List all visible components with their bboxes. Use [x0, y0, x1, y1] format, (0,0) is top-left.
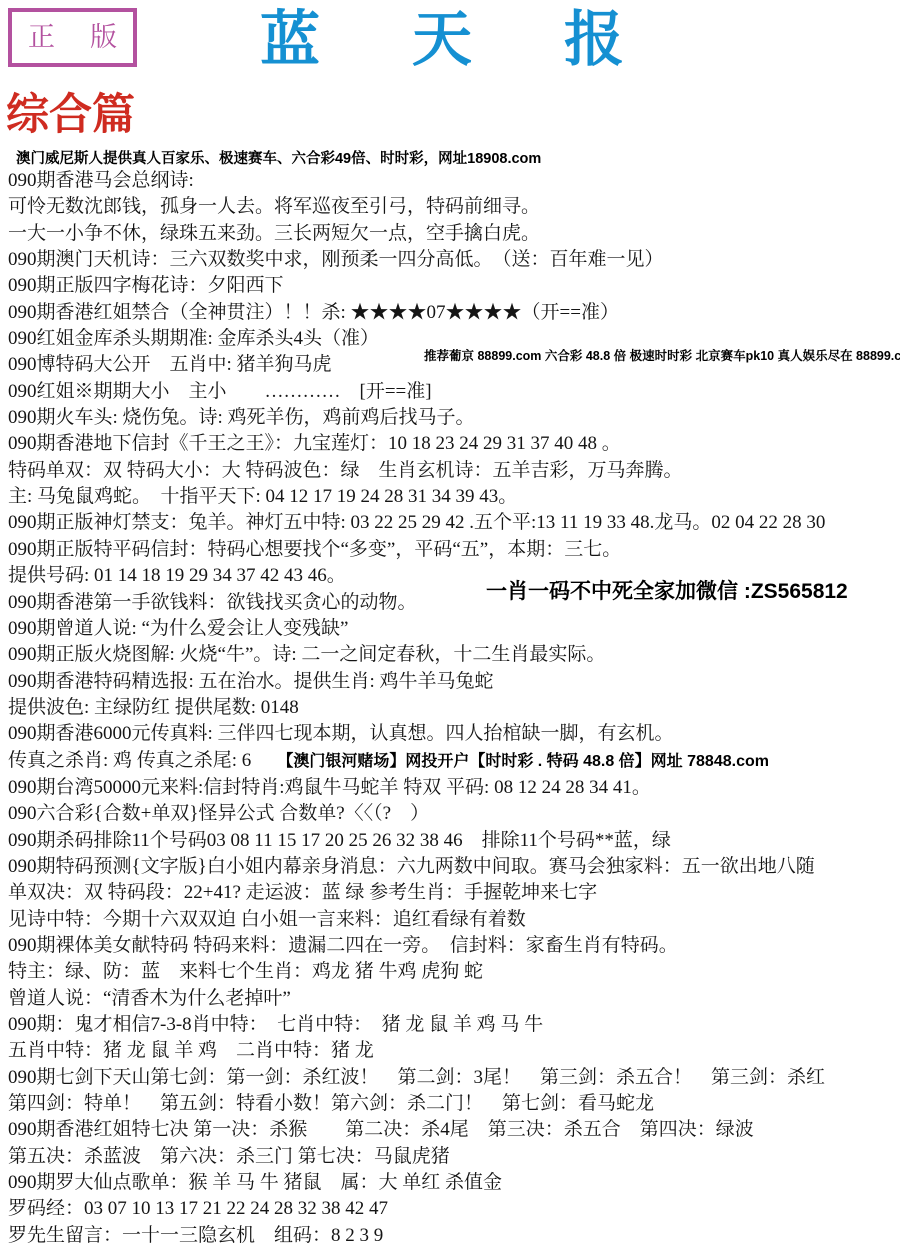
text-line: 提供波色: 主绿防红 提供尾数: 0148 — [8, 695, 900, 721]
line-text: 特主：绿、防：蓝 来料七个生肖：鸡龙 猪 牛鸡 虎狗 蛇 — [8, 961, 483, 982]
text-line: 第四剑：特单！ 第五剑：特看小数！第六剑：杀二门！ 第七剑：看马蛇龙 — [8, 1091, 900, 1117]
text-line: 090红姐※期期大小 主小 ………… [开==准] — [8, 379, 900, 405]
text-line: 090期特码预测{文字版}白小姐内幕亲身消息：六九两数中间取。赛马会独家料：五一… — [8, 854, 900, 880]
content-lines: 090期香港马会总纲诗:可怜无数沈郎钱，孤身一人去。将军巡夜至引弓，特码前细寻。… — [8, 168, 900, 1243]
line-text: 090期澳门天机诗：三六双数奖中求，刚预柔一四分高低。 （送：百年难一见） — [8, 249, 664, 270]
line-text: 第四剑：特单！ 第五剑：特看小数！第六剑：杀二门！ 第七剑：看马蛇龙 — [8, 1093, 654, 1114]
text-line: 曾道人说：“清香木为什么老掉叶” — [8, 986, 900, 1012]
line-text: 曾道人说：“清香木为什么老掉叶” — [8, 988, 291, 1009]
line-text: 090期正版特平码信封：特码心想要找个“多变”，平码“五”，本期：三七。 — [8, 539, 621, 560]
line-text: 090博特码大公开 五肖中: 猪羊狗马虎 — [8, 354, 332, 375]
line-text: 090期台湾50000元来料:信封特肖:鸡鼠牛马蛇羊 特双 平码: 08 12 … — [8, 777, 651, 798]
line-text: 090期曾道人说: “为什么爱会让人变残缺” — [8, 618, 348, 639]
text-line: 特码单双：双 特码大小：大 特码波色：绿 生肖玄机诗：五羊吉彩，万马奔腾。 — [8, 458, 900, 484]
text-line: 罗码经：03 07 10 13 17 21 22 24 28 32 38 42 … — [8, 1196, 900, 1222]
line-text: 090六合彩{合数+单双}怪异公式 合数单?〈〈（? ） — [8, 803, 429, 824]
text-line: 090六合彩{合数+单双}怪异公式 合数单?〈〈（? ） — [8, 801, 900, 827]
line-text: 传真之杀肖: 鸡 传真之杀尾: 6 — [8, 750, 251, 771]
lantianbao-page: 正 版 蓝 天 报 综合篇 澳门威尼斯人提供真人百家乐、极速赛车、六合彩49倍、… — [0, 0, 900, 1243]
line-text: 090红姐※期期大小 主小 ………… [开==准] — [8, 381, 432, 402]
text-line: 090期香港6000元传真料: 三伴四七现本期，认真想。四人抬棺缺一脚，有玄机。 — [8, 721, 900, 747]
line-text: 090期特码预测{文字版}白小姐内幕亲身消息：六九两数中间取。赛马会独家料：五一… — [8, 856, 815, 877]
line-text: 提供号码: 01 14 18 19 29 34 37 42 43 46。 — [8, 565, 346, 586]
text-line: 传真之杀肖: 鸡 传真之杀尾: 6【澳门银河赌场】网投开户【时时彩 . 特码 4… — [8, 748, 900, 775]
text-line: 主: 马兔鼠鸡蛇。 十指平天下: 04 12 17 19 24 28 31 34… — [8, 484, 900, 510]
text-line: 090期正版四字梅花诗：夕阳西下 — [8, 273, 900, 299]
text-line: 第五决：杀蓝波 第六决：杀三门 第七决：马鼠虎猪 — [8, 1144, 900, 1170]
text-line: 090期澳门天机诗：三六双数奖中求，刚预柔一四分高低。 （送：百年难一见） — [8, 247, 900, 273]
line-text: 090期火车头: 烧伤兔。诗: 鸡死羊伤，鸡前鸡后找马子。 — [8, 407, 475, 428]
line-text: 090期香港第一手欲钱料：欲钱找买贪心的动物。 — [8, 592, 417, 613]
text-line: 090期七剑下天山第七剑：第一剑：杀红波！ 第二剑：3尾！ 第三剑：杀五合！ 第… — [8, 1065, 900, 1091]
line-text: 090期香港地下信封《千王之王》：九宝莲灯：10 18 23 24 29 31 … — [8, 433, 621, 454]
line-text: 可怜无数沈郎钱，孤身一人去。将军巡夜至引弓，特码前细寻。 — [8, 196, 540, 217]
line-text: 090期香港红姐特七决 第一决：杀猴 第二决：杀4尾 第三决：杀五合 第四决：绿… — [8, 1119, 754, 1140]
line-text: 一大一小争不休，绿珠五来劲。三长两短欠一点，空手擒白虎。 — [8, 223, 540, 244]
text-line: 090期：鬼才相信7-3-8肖中特： 七肖中特： 猪 龙 鼠 羊 鸡 马 牛 — [8, 1012, 900, 1038]
line-text: 090期香港特码精选报: 五在治水。提供生肖: 鸡牛羊马兔蛇 — [8, 671, 494, 692]
text-line: 090期香港特码精选报: 五在治水。提供生肖: 鸡牛羊马兔蛇 — [8, 669, 900, 695]
text-line: 090期罗大仙点歌单：猴 羊 马 牛 猪鼠 属：大 单红 杀值金 — [8, 1170, 900, 1196]
text-line: 090期裸体美女献特码 特码来料：遗漏二四在一旁。 信封料：家畜生肖有特码。 — [8, 933, 900, 959]
text-line: 090期香港马会总纲诗: — [8, 168, 900, 194]
line-text: 090期罗大仙点歌单：猴 羊 马 牛 猪鼠 属：大 单红 杀值金 — [8, 1172, 502, 1193]
text-line: 090期正版火烧图解: 火烧“牛”。诗: 二一之间定春秋，十二生肖最实际。 — [8, 642, 900, 668]
text-line: 090期香港地下信封《千王之王》：九宝莲灯：10 18 23 24 29 31 … — [8, 431, 900, 457]
text-line: 可怜无数沈郎钱，孤身一人去。将军巡夜至引弓，特码前细寻。 — [8, 194, 900, 220]
line-text: 单双决：双 特码段：22+41? 走运波：蓝 绿 参考生肖：手握乾坤来七字 — [8, 882, 597, 903]
line-text: 罗先生留言：一十一三隐玄机 组码：8 2 3 9 — [8, 1225, 383, 1243]
line-text: 第五决：杀蓝波 第六决：杀三门 第七决：马鼠虎猪 — [8, 1146, 450, 1167]
text-line: 090期正版神灯禁支：兔羊。神灯五中特: 03 22 25 29 42 .五个平… — [8, 510, 900, 536]
overlay-ad-weixin: 一肖一码不中死全家加微信 :ZS565812 — [486, 575, 848, 605]
page-title: 蓝 天 报 — [0, 4, 900, 76]
text-line: 090期香港红姐禁合（全神贯注）！！杀: ★★★★07★★★★（开==准） — [8, 300, 900, 326]
line-text: 090期七剑下天山第七剑：第一剑：杀红波！ 第二剑：3尾！ 第三剑：杀五合！ 第… — [8, 1067, 825, 1088]
line-text: 主: 马兔鼠鸡蛇。 十指平天下: 04 12 17 19 24 28 31 34… — [8, 486, 517, 507]
line-text: 提供波色: 主绿防红 提供尾数: 0148 — [8, 697, 299, 718]
text-line: 见诗中特：今期十六双双迫 白小姐一言来料：追红看绿有着数 — [8, 907, 900, 933]
text-line: 090期正版特平码信封：特码心想要找个“多变”，平码“五”，本期：三七。 — [8, 537, 900, 563]
line-text: 罗码经：03 07 10 13 17 21 22 24 28 32 38 42 … — [8, 1198, 388, 1219]
line-text: 090期裸体美女献特码 特码来料：遗漏二四在一旁。 信封料：家畜生肖有特码。 — [8, 935, 678, 956]
text-line: 特主：绿、防：蓝 来料七个生肖：鸡龙 猪 牛鸡 虎狗 蛇 — [8, 959, 900, 985]
text-line: 单双决：双 特码段：22+41? 走运波：蓝 绿 参考生肖：手握乾坤来七字 — [8, 880, 900, 906]
line-text: 090期杀码排除11个号码03 08 11 15 17 20 25 26 32 … — [8, 830, 671, 851]
line-text: 090期正版火烧图解: 火烧“牛”。诗: 二一之间定春秋，十二生肖最实际。 — [8, 644, 605, 665]
line-text: 090期香港6000元传真料: 三伴四七现本期，认真想。四人抬棺缺一脚，有玄机。 — [8, 723, 674, 744]
section-title: 综合篇 — [6, 94, 135, 137]
line-text: 五肖中特：猪 龙 鼠 羊 鸡 二肖中特：猪 龙 — [8, 1040, 374, 1061]
text-line: 罗先生留言：一十一三隐玄机 组码：8 2 3 9 — [8, 1223, 900, 1243]
line-text: 090期香港红姐禁合（全神贯注）！！杀: ★★★★07★★★★（开==准） — [8, 302, 619, 323]
line-text: 见诗中特：今期十六双双迫 白小姐一言来料：追红看绿有着数 — [8, 909, 526, 930]
line-text: 特码单双：双 特码大小：大 特码波色：绿 生肖玄机诗：五羊吉彩，万马奔腾。 — [8, 460, 683, 481]
line-text: 090期正版四字梅花诗：夕阳西下 — [8, 275, 284, 296]
overlay-ad-pujing: 推荐葡京 88899.com 六合彩 48.8 倍 极速时时彩 北京赛车pk10… — [424, 346, 900, 364]
text-line: 一大一小争不休，绿珠五来劲。三长两短欠一点，空手擒白虎。 — [8, 221, 900, 247]
header-ad-line: 澳门威尼斯人提供真人百家乐、极速赛车、六合彩49倍、时时彩，网址18908.co… — [16, 147, 541, 168]
text-line: 090期杀码排除11个号码03 08 11 15 17 20 25 26 32 … — [8, 828, 900, 854]
text-line: 090期香港红姐特七决 第一决：杀猴 第二决：杀4尾 第三决：杀五合 第四决：绿… — [8, 1117, 900, 1143]
line-text: 090期：鬼才相信7-3-8肖中特： 七肖中特： 猪 龙 鼠 羊 鸡 马 牛 — [8, 1014, 543, 1035]
line-text: 090期香港马会总纲诗: — [8, 170, 194, 191]
text-line: 090期火车头: 烧伤兔。诗: 鸡死羊伤，鸡前鸡后找马子。 — [8, 405, 900, 431]
text-line: 090期台湾50000元来料:信封特肖:鸡鼠牛马蛇羊 特双 平码: 08 12 … — [8, 775, 900, 801]
text-line: 090期曾道人说: “为什么爱会让人变残缺” — [8, 616, 900, 642]
inline-casino-ad: 【澳门银河赌场】网投开户【时时彩 . 特码 48.8 倍】网址 78848.co… — [277, 753, 769, 770]
line-text: 090期正版神灯禁支：兔羊。神灯五中特: 03 22 25 29 42 .五个平… — [8, 512, 825, 533]
line-text: 090红姐金库杀头期期准: 金库杀头4头（准） — [8, 328, 379, 349]
text-line: 五肖中特：猪 龙 鼠 羊 鸡 二肖中特：猪 龙 — [8, 1038, 900, 1064]
